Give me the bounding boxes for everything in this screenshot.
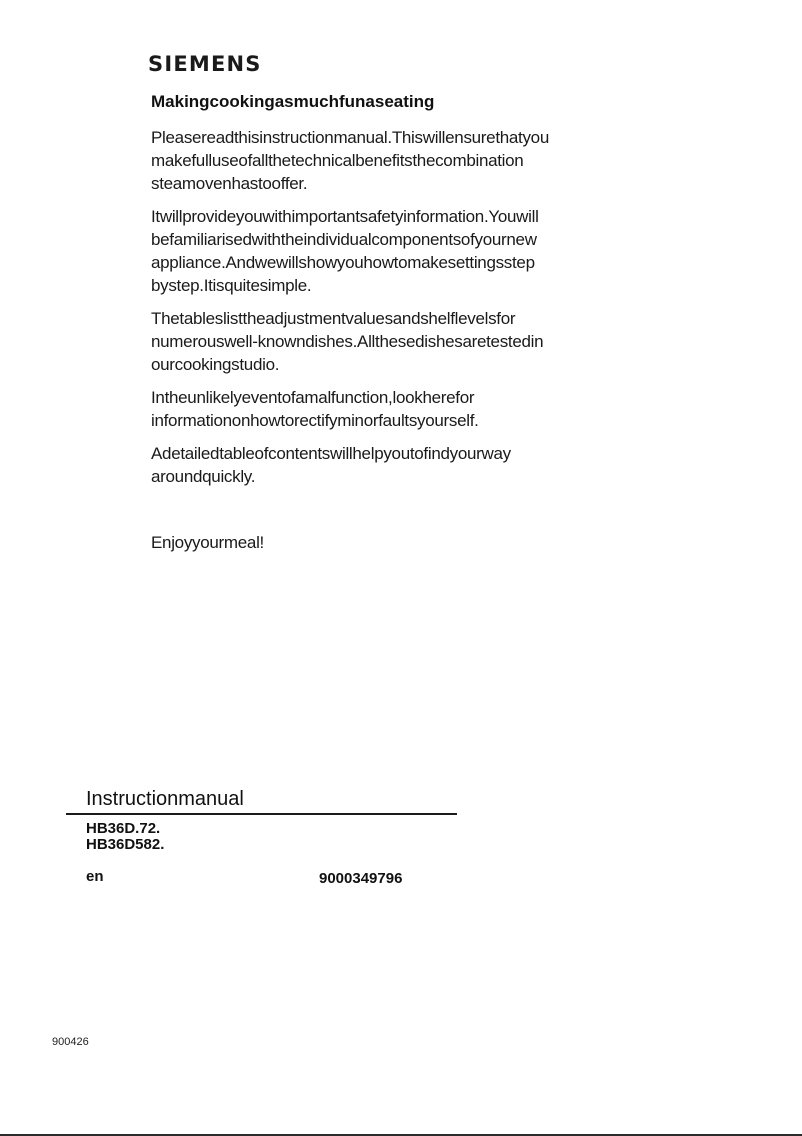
model-number: HB36D582. — [86, 837, 164, 853]
intro-body: Pleasereadthisinstructionmanual.Thiswill… — [151, 126, 611, 498]
intro-paragraph: Adetailedtableofcontentswillhelpyoutofin… — [151, 442, 611, 488]
closing-line: Enjoyyourmeal! — [151, 533, 264, 553]
model-number: HB36D.72. — [86, 821, 164, 837]
title-divider — [66, 813, 457, 815]
siemens-logo: SIEMENS — [148, 52, 262, 76]
footer-code: 900426 — [52, 1036, 89, 1048]
intro-paragraph: Intheunlikelyeventofamalfunction,lookher… — [151, 386, 611, 432]
part-number: 9000349796 — [319, 870, 402, 887]
intro-paragraph: Thetableslisttheadjustmentvaluesandshelf… — [151, 307, 611, 376]
manual-title: Instructionmanual — [86, 788, 244, 811]
intro-paragraph: Itwillprovideyouwithimportantsafetyinfor… — [151, 205, 611, 297]
intro-paragraph: Pleasereadthisinstructionmanual.Thiswill… — [151, 126, 611, 195]
model-list: HB36D.72. HB36D582. — [86, 821, 164, 853]
intro-headline: Makingcookingasmuchfunaseating — [151, 92, 434, 112]
language-code: en — [86, 868, 104, 885]
